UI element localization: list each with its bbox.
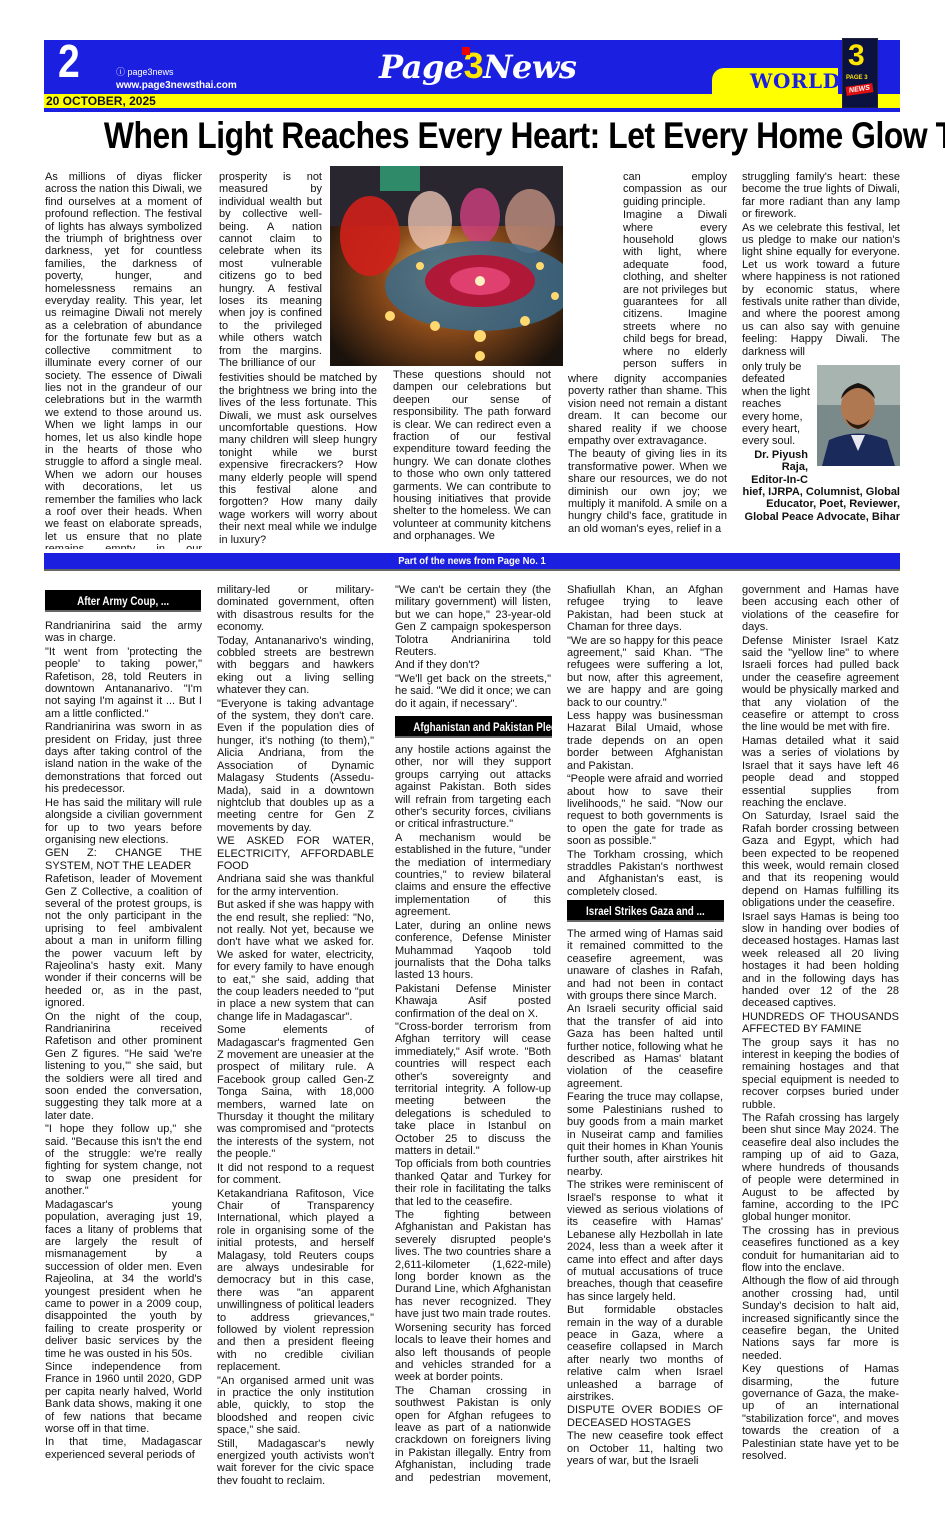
continued-column-5: government and Hamas have been accusing …	[742, 584, 899, 1484]
lead-column-1: As millions of diyas flicker across the …	[45, 171, 202, 549]
story-tag-army-coup[interactable]: After Army Coup, ...	[45, 590, 201, 612]
author-title: hief, IJRPA, Columnist, Global Educator,…	[742, 486, 900, 523]
story-tag-afghanistan-pakistan[interactable]: Afghanistan and Pakistan Pledge ...	[395, 716, 552, 738]
rangoli-image	[330, 166, 563, 366]
lead-column-2-bottom: festivities should be matched by the bri…	[219, 359, 377, 549]
lead-column-4-bottom: where dignity accompanies poverty rather…	[568, 373, 727, 549]
newspaper-logo: Page3News	[379, 48, 576, 84]
website-link[interactable]: www.page3newsthai.com	[116, 81, 237, 91]
lead-column-2-top: prosperity is not measured by individual…	[219, 171, 322, 367]
continued-column-3-top: "We can't be certain they (the military …	[395, 584, 551, 709]
lead-column-3: These questions should not dampen our ce…	[393, 369, 551, 549]
masthead: 2 ⓘ page3news www.page3newsthai.com 20 O…	[44, 40, 900, 110]
lead-headline: When Light Reaches Every Heart: Let Ever…	[104, 114, 840, 158]
date-strip	[44, 94, 900, 108]
page-number: 2	[58, 38, 80, 84]
section-label: WORLD	[750, 70, 840, 92]
continued-column-2: military-led or military-dominated gover…	[217, 584, 374, 1484]
continued-column-4-top: Shafiullah Khan, an Afghan refugee tryin…	[567, 584, 723, 896]
headline-rule	[44, 110, 900, 112]
continued-column-3-bottom: any hostile actions against the other, n…	[395, 744, 551, 1484]
continued-from-page-1-bar: Part of the news from Page No. 1	[44, 553, 900, 571]
lead-column-4-top: can employ compassion as our guiding pri…	[623, 171, 727, 371]
issue-date: 20 OCTOBER, 2025	[44, 94, 156, 108]
diwali-rangoli-photo	[330, 166, 563, 366]
continued-column-1: Randrianirina said the army was in charg…	[45, 620, 202, 1480]
continued-column-4-bottom: The armed wing of Hamas said it remained…	[567, 928, 723, 1484]
author-photo	[817, 365, 900, 466]
lead-column-5: struggling family's heart: these become …	[742, 171, 900, 361]
author-name: Dr. Piyush Raja, Editor-In-C	[742, 449, 808, 486]
lead-column-5-side: only truly be defeated when the light re…	[742, 361, 810, 447]
brand-badge: 3 PAGE 3 NEWS	[842, 38, 878, 108]
facebook-icon: ⓘ	[116, 67, 128, 77]
story-tag-israel-gaza[interactable]: Israel Strikes Gaza and ...	[567, 900, 724, 922]
author-portrait	[817, 365, 900, 466]
social-handle[interactable]: ⓘ page3news	[116, 68, 174, 77]
